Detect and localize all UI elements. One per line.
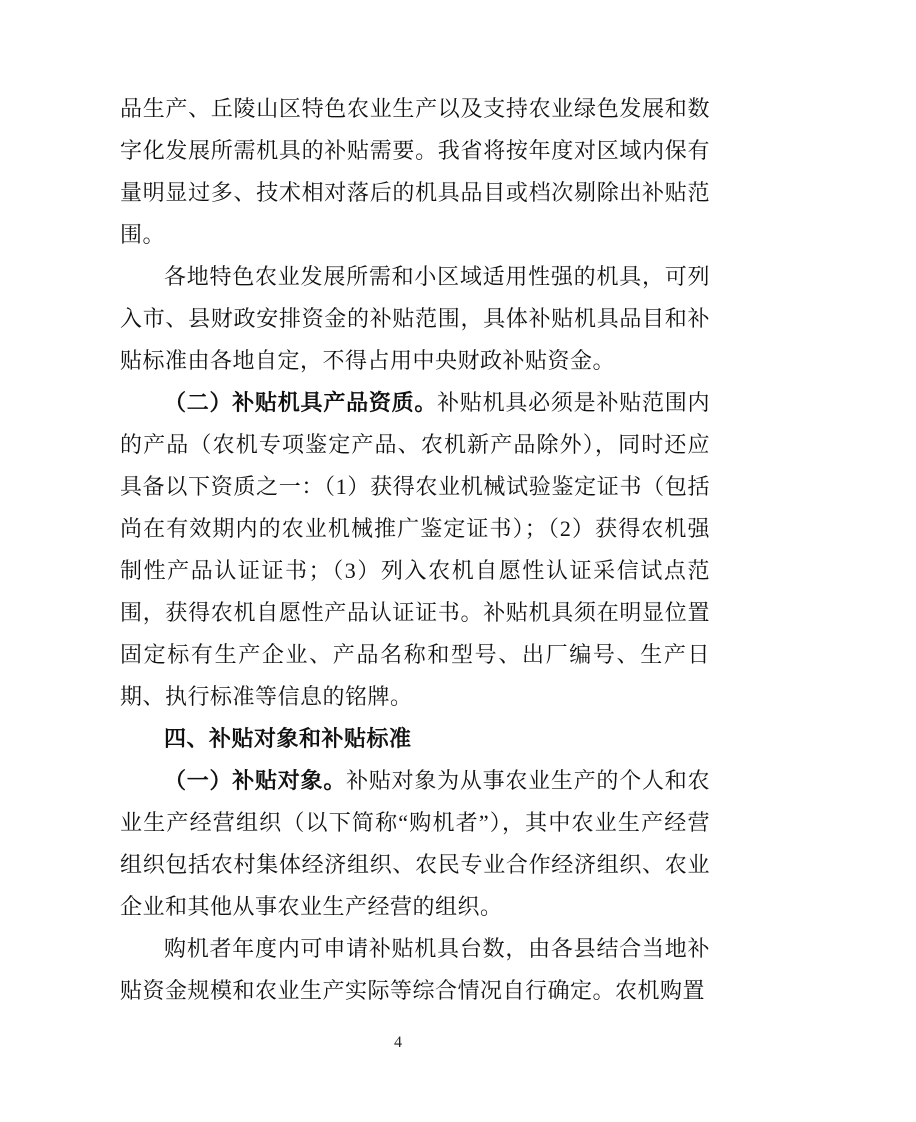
paragraph-text: 品生产、丘陵山区特色农业生产以及支持农业绿色发展和数字化发展所需机具的补贴需要。… [120,96,710,247]
paragraph: 品生产、丘陵山区特色农业生产以及支持农业绿色发展和数字化发展所需机具的补贴需要。… [120,88,710,256]
page-number: 4 [358,1032,438,1054]
section-heading-text: 四、补贴对象和补贴标准 [164,726,412,751]
paragraph: （一）补贴对象。补贴对象为从事农业生产的个人和农业生产经营组织（以下简称“购机者… [120,760,710,928]
paragraph: （二）补贴机具产品资质。补贴机具必须是补贴范围内的产品（农机专项鉴定产品、农机新… [120,382,710,718]
paragraph-text: 各地特色农业发展所需和小区域适用性强的机具，可列入市、县财政安排资金的补贴范围，… [120,264,710,373]
document-page: 品生产、丘陵山区特色农业生产以及支持农业绿色发展和数字化发展所需机具的补贴需要。… [0,0,916,1122]
paragraph-lead: （二）补贴机具产品资质。 [164,390,437,415]
section-heading: 四、补贴对象和补贴标准 [120,718,710,760]
document-body: 品生产、丘陵山区特色农业生产以及支持农业绿色发展和数字化发展所需机具的补贴需要。… [120,88,710,1012]
paragraph: 各地特色农业发展所需和小区域适用性强的机具，可列入市、县财政安排资金的补贴范围，… [120,256,710,382]
paragraph-text: 购机者年度内可申请补贴机具台数，由各县结合当地补贴资金规模和农业生产实际等综合情… [120,936,710,1003]
paragraph-text: 补贴机具必须是补贴范围内的产品（农机专项鉴定产品、农机新产品除外），同时还应具备… [120,390,710,709]
paragraph-lead: （一）补贴对象。 [164,768,346,793]
paragraph: 购机者年度内可申请补贴机具台数，由各县结合当地补贴资金规模和农业生产实际等综合情… [120,928,710,1012]
